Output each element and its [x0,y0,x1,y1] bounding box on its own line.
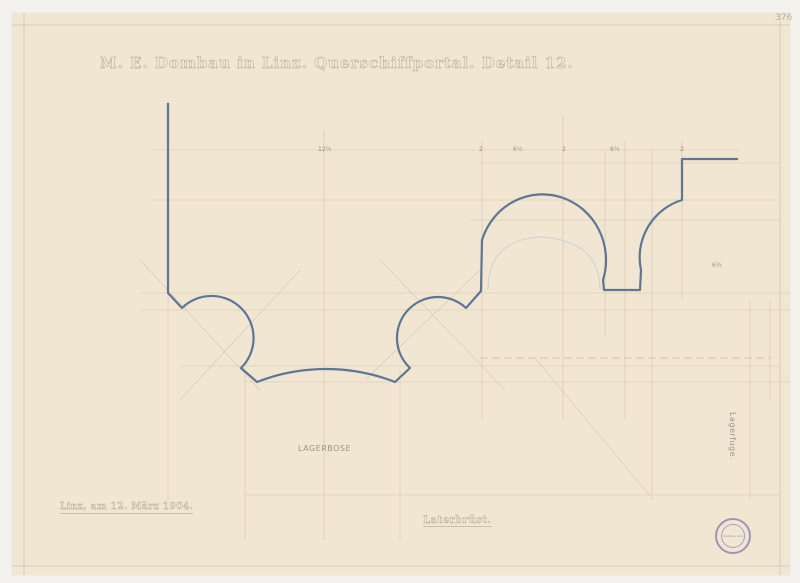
border-lines [12,13,790,575]
date-line: Linz, am 12. März 1904. [60,502,193,514]
dimension-label: 6½ [610,146,620,153]
dimension-label: 6½ [513,146,523,153]
dimension-label: 2 [479,146,483,153]
profile-drawing [0,0,800,583]
lagerbose-label: LAGERBOSE [298,444,351,453]
sheet-number: 376 [775,13,792,23]
construction-lines [140,100,790,540]
stamp-text: Dombau Linz [721,524,745,548]
archive-stamp: Dombau Linz [715,518,751,554]
dimension-label: 12½ [318,146,331,153]
bottom-label: Laterbrüst. [423,515,492,527]
dimension-label: 6½ [712,262,722,269]
secondary-arc [488,237,600,290]
dimension-label: 2 [680,146,684,153]
drawing-title: M. E. Dombau in Linz. Querschiffportal. … [100,54,574,72]
dimension-label: 2 [562,146,566,153]
profile-outline [168,103,738,382]
lagerfuge-label: Lagerfuge. [728,412,737,460]
